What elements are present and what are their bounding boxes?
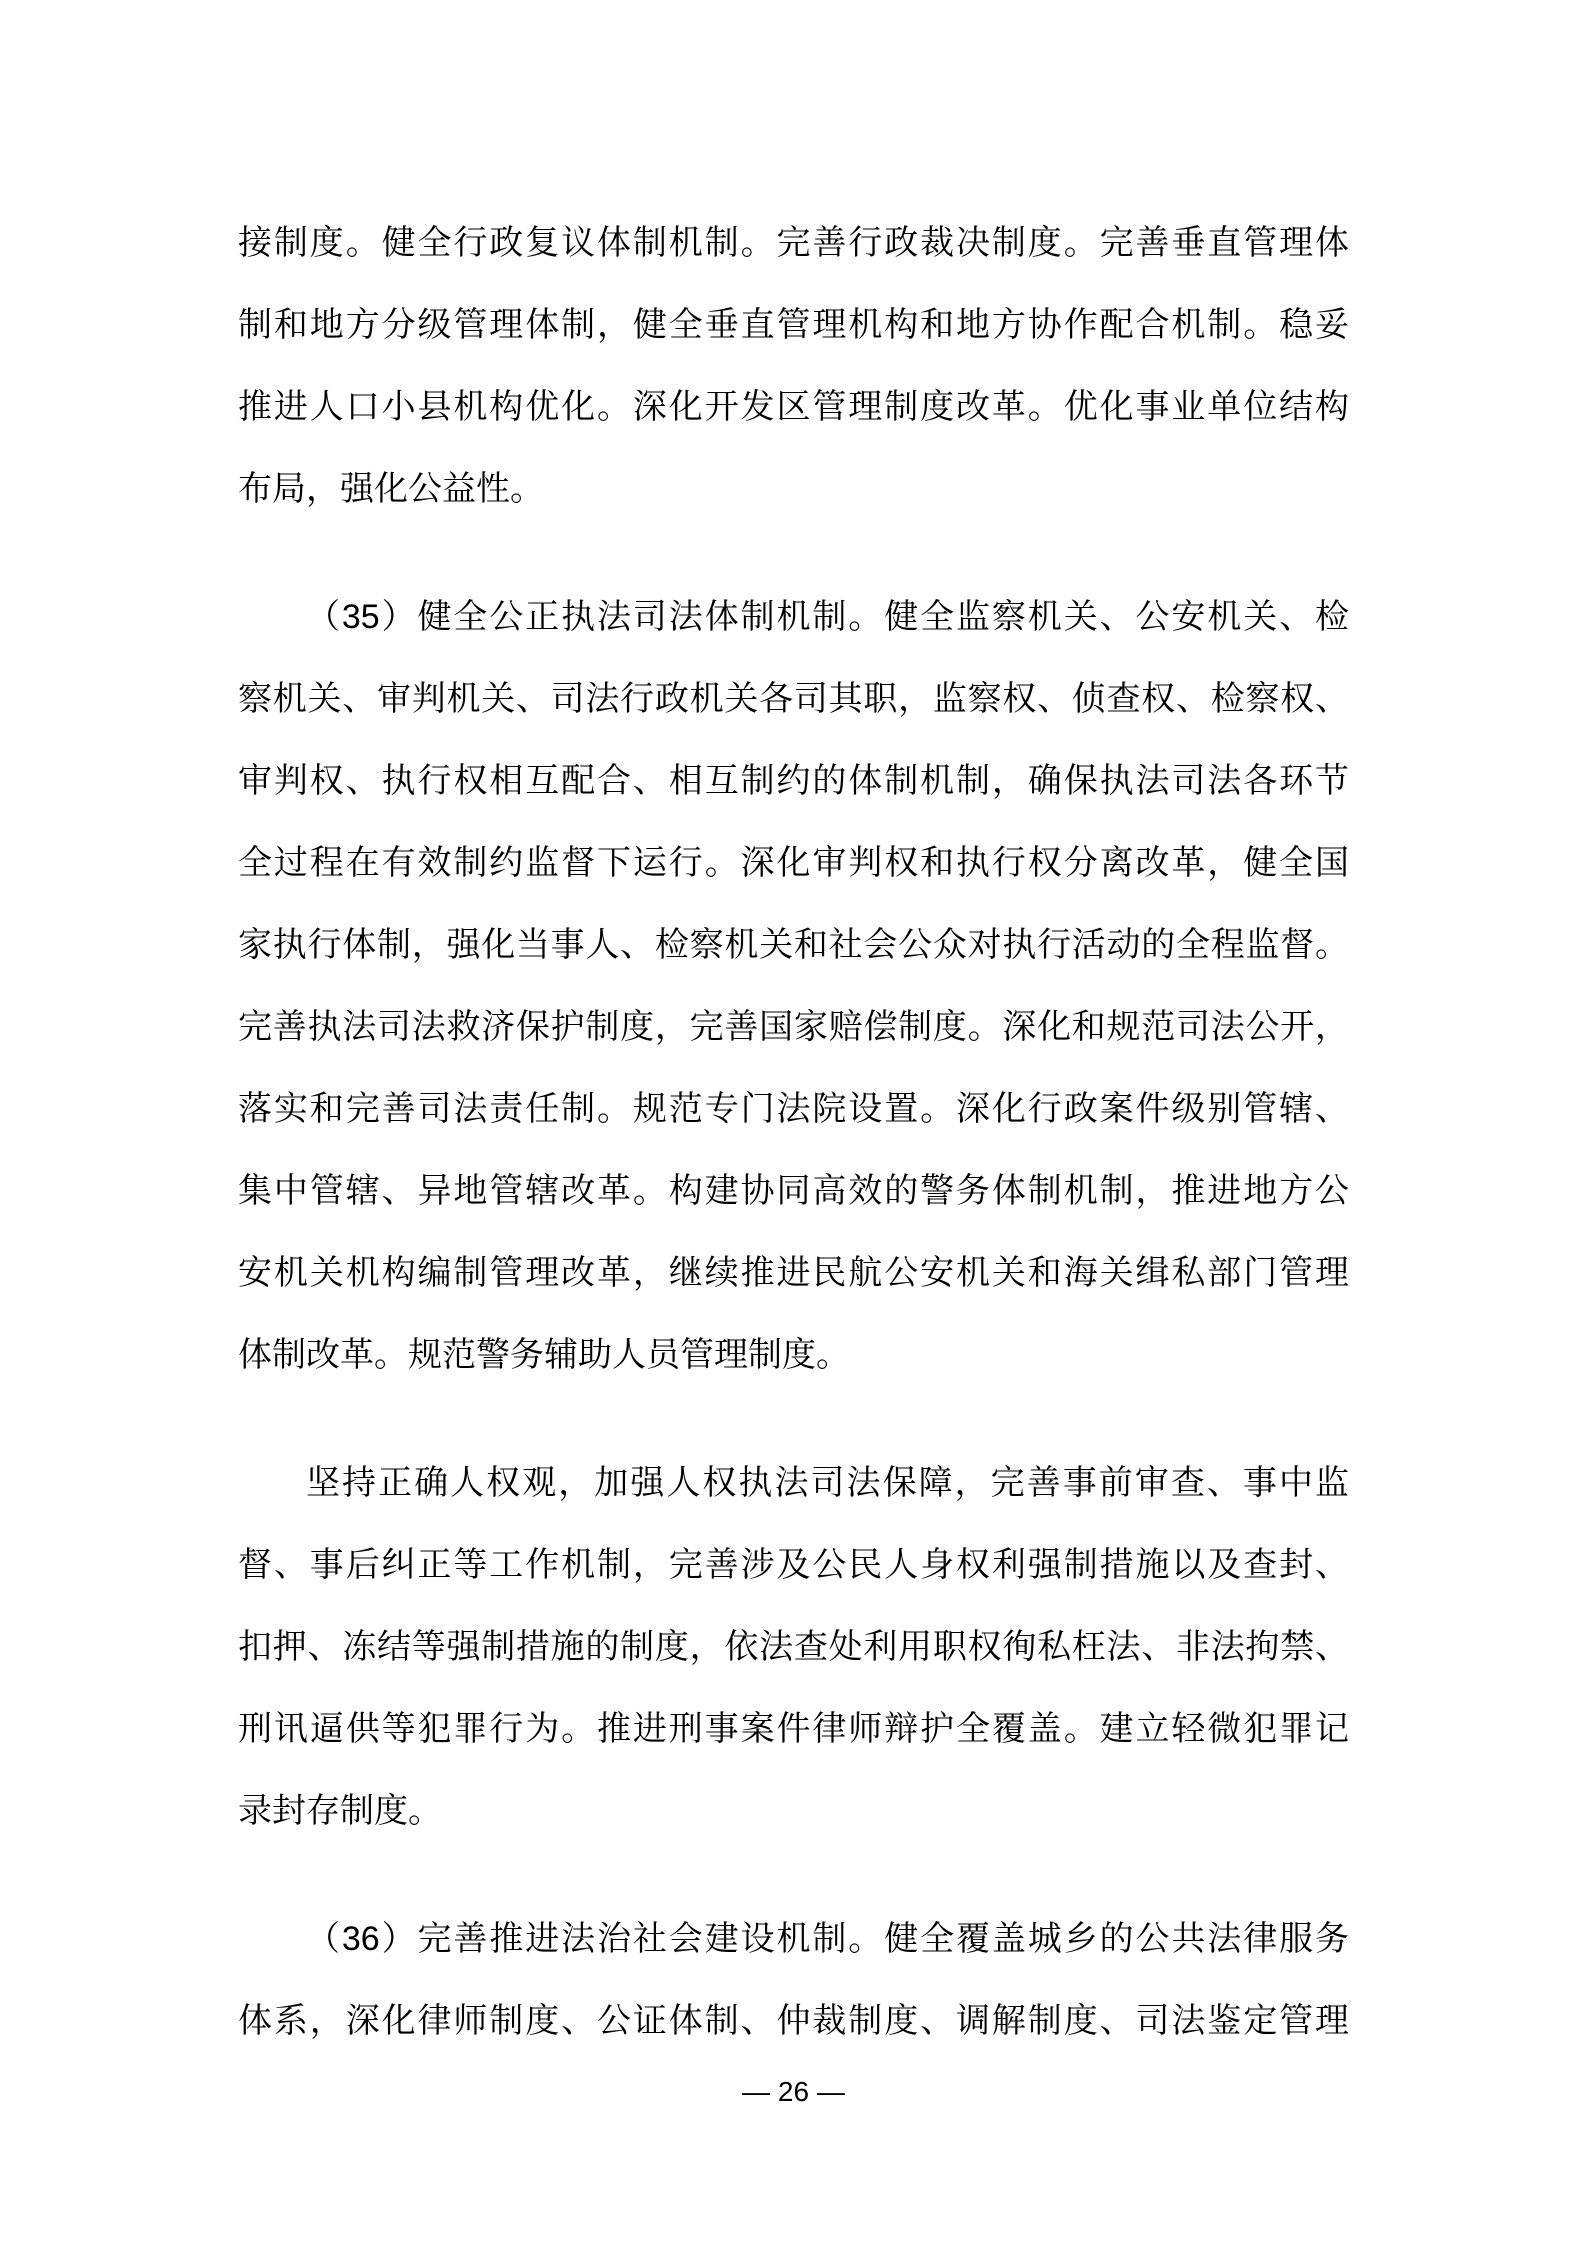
text-line: 察机关、审判机关、司法行政机关各司其职，监察权、侦查权、检察权、: [238, 658, 1349, 740]
text-line: 集中管辖、异地管辖改革。构建协同高效的警务体制机制，推进地方公: [238, 1150, 1349, 1232]
text-line: 审判权、执行权相互配合、相互制约的体制机制，确保执法司法各环节: [238, 740, 1349, 822]
text-line: 布局，强化公益性。: [238, 448, 1349, 530]
text-line: 制和地方分级管理体制，健全垂直管理机构和地方协作配合机制。稳妥: [238, 284, 1349, 366]
text-line: 全过程在有效制约监督下运行。深化审判权和执行权分离改革，健全国: [238, 822, 1349, 904]
text-line: 完善执法司法救济保护制度，完善国家赔偿制度。深化和规范司法公开，: [238, 986, 1349, 1068]
text-line: 家执行体制，强化当事人、检察机关和社会公众对执行活动的全程监督。: [238, 904, 1349, 986]
document-body: 接制度。健全行政复议体制机制。完善行政裁决制度。完善垂直管理体制和地方分级管理体…: [238, 202, 1349, 2062]
page-number: — 26 —: [0, 2072, 1587, 2112]
text-line: 安机关机构编制管理改革，继续推进民航公安机关和海关缉私部门管理: [238, 1232, 1349, 1314]
paragraph: 接制度。健全行政复议体制机制。完善行政裁决制度。完善垂直管理体制和地方分级管理体…: [238, 202, 1349, 530]
text-line: 坚持正确人权观，加强人权执法司法保障，完善事前审查、事中监: [238, 1442, 1349, 1524]
document-page: 接制度。健全行政复议体制机制。完善行政裁决制度。完善垂直管理体制和地方分级管理体…: [0, 0, 1587, 2245]
text-line: 刑讯逼供等犯罪行为。推进刑事案件律师辩护全覆盖。建立轻微犯罪记: [238, 1688, 1349, 1770]
text-line: 录封存制度。: [238, 1770, 1349, 1852]
text-line: 督、事后纠正等工作机制，完善涉及公民人身权利强制措施以及查封、: [238, 1524, 1349, 1606]
paragraph: （36）完善推进法治社会建设机制。健全覆盖城乡的公共法律服务体系，深化律师制度、…: [238, 1898, 1349, 2062]
text-line: 推进人口小县机构优化。深化开发区管理制度改革。优化事业单位结构: [238, 366, 1349, 448]
text-line: 体制改革。规范警务辅助人员管理制度。: [238, 1314, 1349, 1396]
text-line: 落实和完善司法责任制。规范专门法院设置。深化行政案件级别管辖、: [238, 1068, 1349, 1150]
text-line: 体系，深化律师制度、公证体制、仲裁制度、调解制度、司法鉴定管理: [238, 1980, 1349, 2062]
text-line: 扣押、冻结等强制措施的制度，依法查处利用职权徇私枉法、非法拘禁、: [238, 1606, 1349, 1688]
paragraph: 坚持正确人权观，加强人权执法司法保障，完善事前审查、事中监督、事后纠正等工作机制…: [238, 1442, 1349, 1852]
text-line: （35）健全公正执法司法体制机制。健全监察机关、公安机关、检: [238, 576, 1349, 658]
paragraph: （35）健全公正执法司法体制机制。健全监察机关、公安机关、检察机关、审判机关、司…: [238, 576, 1349, 1396]
text-line: （36）完善推进法治社会建设机制。健全覆盖城乡的公共法律服务: [238, 1898, 1349, 1980]
text-line: 接制度。健全行政复议体制机制。完善行政裁决制度。完善垂直管理体: [238, 202, 1349, 284]
